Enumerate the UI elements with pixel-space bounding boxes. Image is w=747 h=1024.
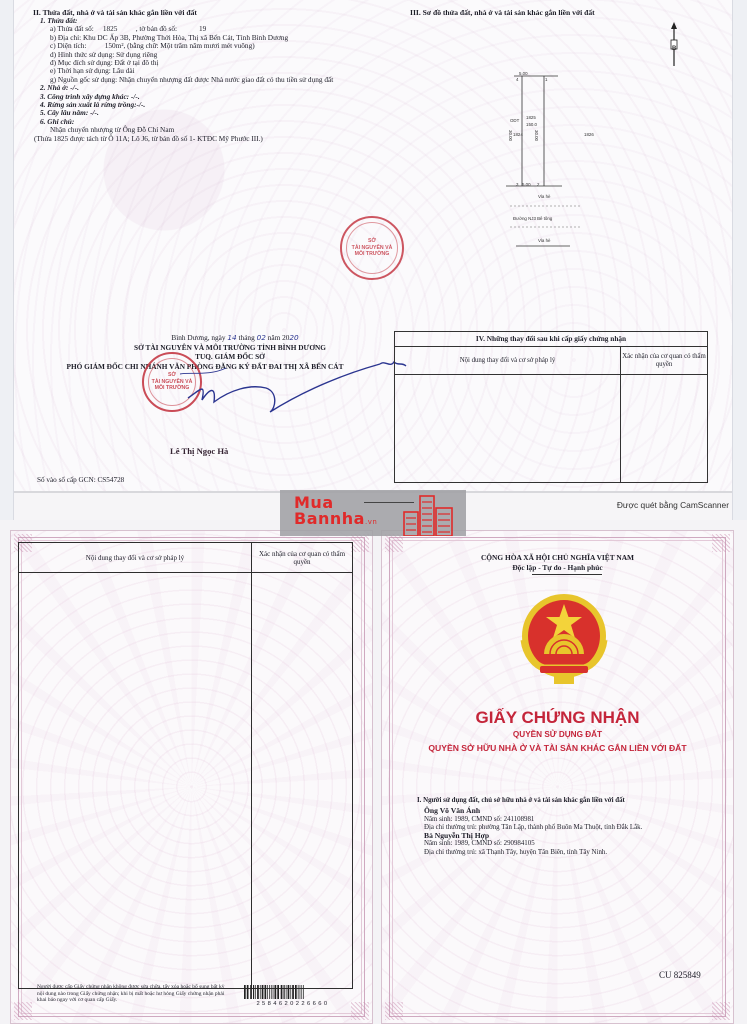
republic-header: CỘNG HÒA XÃ HỘI CHỦ NGHĨA VIỆT NAM [381, 553, 734, 562]
certificate-subtitle-house: QUYỀN SỞ HỮU NHÀ Ở VÀ TÀI SẢN KHÁC GẮN L… [381, 743, 734, 753]
watermark-line-2: Bannha [294, 509, 365, 528]
parcel-id: 1825 [526, 115, 536, 120]
barcode-icon [243, 985, 343, 999]
note-split: (Thửa 1825 được tách từ Ô 11A; Lô J6, từ… [34, 135, 390, 143]
corner-ornament-icon [351, 534, 369, 552]
corner-ornament-icon [712, 534, 730, 552]
owner-2-name: Bà Nguyễn Thị Hợp [424, 832, 734, 840]
certificate-serial: CU 825849 [659, 970, 701, 980]
certificate-title: GIẤY CHỨNG NHẬN [381, 708, 734, 728]
corner-ornament-icon [385, 534, 403, 552]
corner-4: 4 [516, 77, 518, 82]
corner-3: 3 [516, 182, 518, 187]
owner-1-id: Năm sinh: 1989, CMND số: 241108981 [424, 816, 734, 824]
date-day: 14 [227, 333, 236, 342]
changes-confirm-column: Xác nhận của cơ quan có thẩm quyền [621, 347, 707, 482]
barcode-number: 2584620226660 [243, 1001, 343, 1007]
neighbor-left: 1824 [513, 132, 523, 137]
corner-1: 1 [545, 77, 547, 82]
camscanner-note: Được quét bằng CamScanner [617, 500, 729, 510]
certificate-subtitle-land: QUYỀN SỬ DỤNG ĐẤT [381, 730, 734, 739]
changes-confirm-header: Xác nhận của cơ quan có thẩm quyền [621, 347, 707, 375]
corner-ornament-icon [712, 1002, 730, 1020]
issuing-agency: SỞ TÀI NGUYÊN VÀ MÔI TRƯỜNG TỈNH BÌNH DƯ… [30, 343, 380, 353]
sidewalk-label-1: Vỉa hè [538, 194, 550, 199]
scan-edge-right [732, 0, 747, 520]
scan-page-top: II. Thửa đất, nhà ở và tài sản khác gắn … [0, 0, 747, 520]
owners-section: I. Người sử dụng đất, chủ sở hữu nhà ở v… [424, 797, 734, 857]
usage-origin: g) Nguồn gốc sử dụng: Nhận chuyển nhượng… [40, 76, 390, 84]
section-iv-title: IV. Những thay đổi sau khi cấp giấy chứn… [395, 332, 707, 347]
trees-item: 5. Cây lâu năm: -/-. [40, 109, 390, 117]
date-prefix: Bình Dương, ngày [171, 333, 225, 342]
corner-ornament-icon [351, 1002, 369, 1020]
signature-icon [180, 360, 410, 420]
length-right: 30.00 [534, 130, 539, 141]
date-month: 02 [257, 333, 266, 342]
changes-confirm-column: Xác nhận của cơ quan có thẩm quyền [252, 543, 352, 988]
date-year: 20 [289, 333, 298, 342]
changes-table-full: Nội dung thay đổi và cơ sở pháp lý Xác n… [18, 542, 353, 989]
changes-content-column: Nội dung thay đổi và cơ sở pháp lý [19, 543, 252, 988]
watermark-logo-text: Mua Bannha.vn [294, 495, 377, 530]
owner-1-name: Ông Võ Văn Ánh [424, 807, 734, 815]
signer-name: Lê Thị Ngọc Hà [170, 446, 228, 456]
signing-date: Bình Dương, ngày 14 tháng 02 năm 2020 [30, 333, 380, 343]
sidewalk-label-2: Vỉa hè [538, 238, 550, 243]
changes-confirm-header: Xác nhận của cơ quan có thẩm quyền [252, 543, 352, 573]
disclaimer-text: Người được cấp Giấy chứng nhận không đượ… [37, 984, 232, 1004]
national-emblem-icon [510, 590, 618, 690]
muabannha-watermark: Mua Bannha.vn [280, 490, 466, 536]
land-details: 1. Thửa đất: a) Thửa đất số: 1825 , tờ b… [40, 17, 390, 143]
buildings-icon [398, 494, 460, 536]
month-label: tháng [239, 333, 255, 342]
gcn-register-number: Số vào sổ cấp GCN: CS54728 [37, 476, 124, 484]
stamp-line: TÀI NGUYÊN VÀ [352, 245, 393, 252]
motto-underline [532, 574, 602, 575]
corner-ornament-icon [385, 1002, 403, 1020]
scan-edge-left [0, 0, 14, 520]
north-arrow-icon [668, 22, 680, 66]
land-code: ODT [510, 118, 519, 123]
stamp-line: SỞ [352, 238, 393, 245]
changes-content-header: Nội dung thay đổi và cơ sở pháp lý [19, 543, 251, 573]
owner-2-address: Địa chỉ thường trú: xã Thạnh Tây, huyện … [424, 849, 734, 857]
north-label: B [672, 46, 676, 52]
corner-ornament-icon [14, 1002, 32, 1020]
parcel-diagram [500, 60, 630, 260]
parcel-area: 150.0 [526, 122, 537, 127]
national-motto: Độc lập - Tự do - Hạnh phúc [381, 563, 734, 572]
neighbor-right: 1826 [584, 132, 594, 137]
road-label: Đường NJ3 Bê tông [513, 216, 552, 221]
stamp-line: MÔI TRƯỜNG [352, 251, 393, 258]
changes-table: IV. Những thay đổi sau khi cấp giấy chứn… [394, 331, 708, 483]
owners-heading: I. Người sử dụng đất, chủ sở hữu nhà ở v… [417, 797, 734, 805]
section-iii-title: III. Sơ đồ thửa đất, nhà ở và tài sản kh… [410, 8, 595, 17]
width-bottom: 5.00 [522, 182, 531, 187]
changes-content-column: Nội dung thay đổi và cơ sở pháp lý [395, 347, 621, 482]
watermark-suffix: .vn [365, 518, 377, 526]
official-stamp: SỞ TÀI NGUYÊN VÀ MÔI TRƯỜNG [340, 216, 404, 280]
year-label: năm 20 [268, 333, 290, 342]
corner-2: 2 [537, 182, 539, 187]
width-top: 5.00 [519, 71, 528, 76]
owner-2-id: Năm sinh: 1989, CMND số: 290984105 [424, 840, 734, 848]
changes-content-header: Nội dung thay đổi và cơ sở pháp lý [395, 347, 620, 375]
